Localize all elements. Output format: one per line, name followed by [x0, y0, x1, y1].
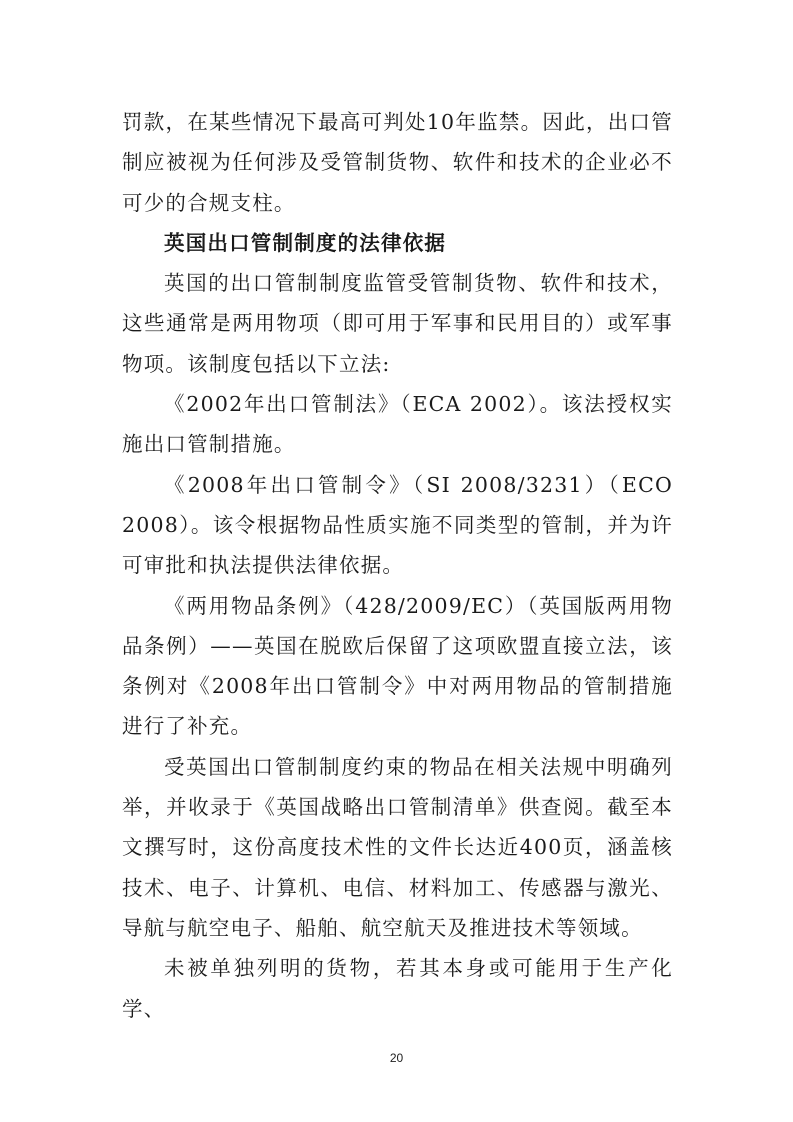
section-heading: 英国出口管制制度的法律依据 [122, 223, 673, 263]
page-number: 20 [0, 1051, 793, 1065]
paragraph-unlisted-goods: 未被单独列明的货物，若其本身或可能用于生产化学、 [122, 948, 673, 1029]
paragraph-continuation: 罚款，在某些情况下最高可判处10年监禁。因此，出口管制应被视为任何涉及受管制货物… [122, 102, 673, 223]
paragraph-dual-use-regulation: 《两用物品条例》（428/2009/EC）（英国版两用物品条例）——英国在脱欧后… [122, 586, 673, 747]
paragraph-control-list: 受英国出口管制制度约束的物品在相关法规中明确列举，并收录于《英国战略出口管制清单… [122, 747, 673, 948]
paragraph-eco-2008: 《2008年出口管制令》（SI 2008/3231）（ECO 2008）。该令根… [122, 465, 673, 586]
paragraph-intro: 英国的出口管制制度监管受管制货物、软件和技术，这些通常是两用物项（即可用于军事和… [122, 263, 673, 384]
document-page: 罚款，在某些情况下最高可判处10年监禁。因此，出口管制应被视为任何涉及受管制货物… [122, 102, 673, 1029]
paragraph-eca-2002: 《2002年出口管制法》（ECA 2002）。该法授权实施出口管制措施。 [122, 384, 673, 465]
